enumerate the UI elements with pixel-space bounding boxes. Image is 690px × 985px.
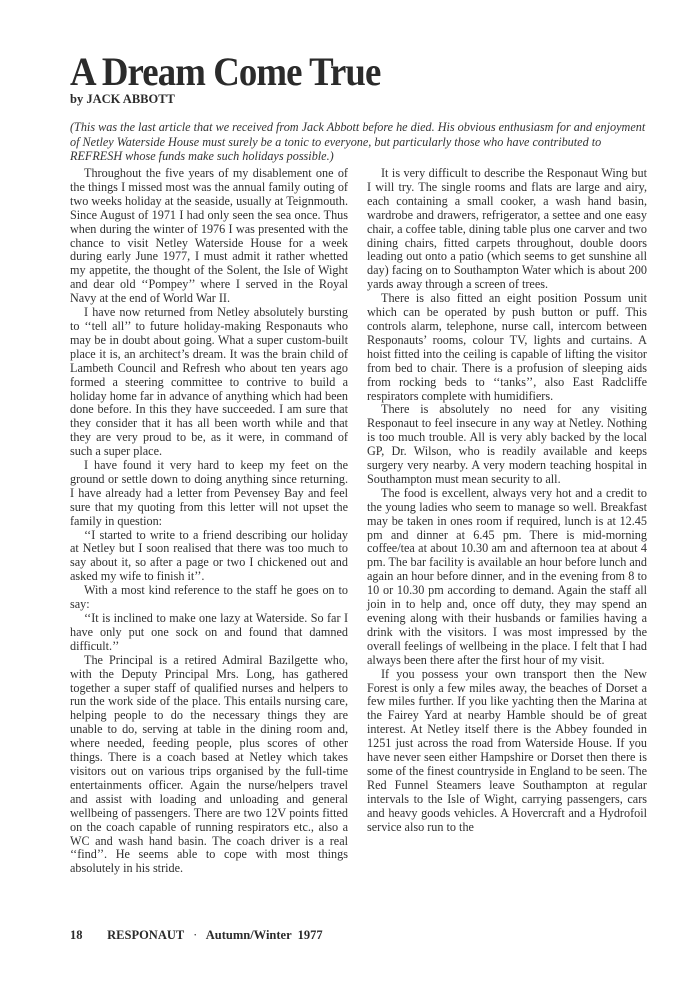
magazine-page: A Dream Come True by JACK ABBOTT (This w… (70, 0, 650, 985)
page-number: 18 (70, 927, 104, 943)
paragraph: The food is excellent, always very hot a… (367, 487, 647, 668)
right-column: It is very difficult to describe the Res… (367, 167, 647, 835)
left-column: Throughout the five years of my disablem… (70, 167, 348, 876)
paragraph: Throughout the five years of my disablem… (70, 167, 348, 306)
paragraph: I have now returned from Netley absolute… (70, 306, 348, 459)
paragraph: There is absolutely no need for any visi… (367, 403, 647, 486)
paragraph: The Principal is a retired Admiral Bazil… (70, 654, 348, 877)
page-footer: 18 RESPONAUT · Autumn/Winter 1977 (70, 927, 323, 943)
quote-paragraph: ‘‘I started to write to a friend describ… (70, 529, 348, 585)
article-byline: by JACK ABBOTT (70, 92, 175, 107)
quote-paragraph: ‘‘It is inclined to make one lazy at Wat… (70, 612, 348, 654)
paragraph: With a most kind reference to the staff … (70, 584, 348, 612)
paragraph: There is also fitted an eight position P… (367, 292, 647, 403)
paragraph: It is very difficult to describe the Res… (367, 167, 647, 292)
editorial-intro: (This was the last article that we recei… (70, 120, 650, 164)
footer-separator: · (193, 927, 197, 943)
paragraph: If you possess your own transport then t… (367, 668, 647, 835)
issue-date: Autumn/Winter 1977 (206, 928, 323, 942)
publication-name: RESPONAUT (107, 928, 184, 942)
paragraph: I have found it very hard to keep my fee… (70, 459, 348, 529)
article-title: A Dream Come True (70, 50, 380, 94)
